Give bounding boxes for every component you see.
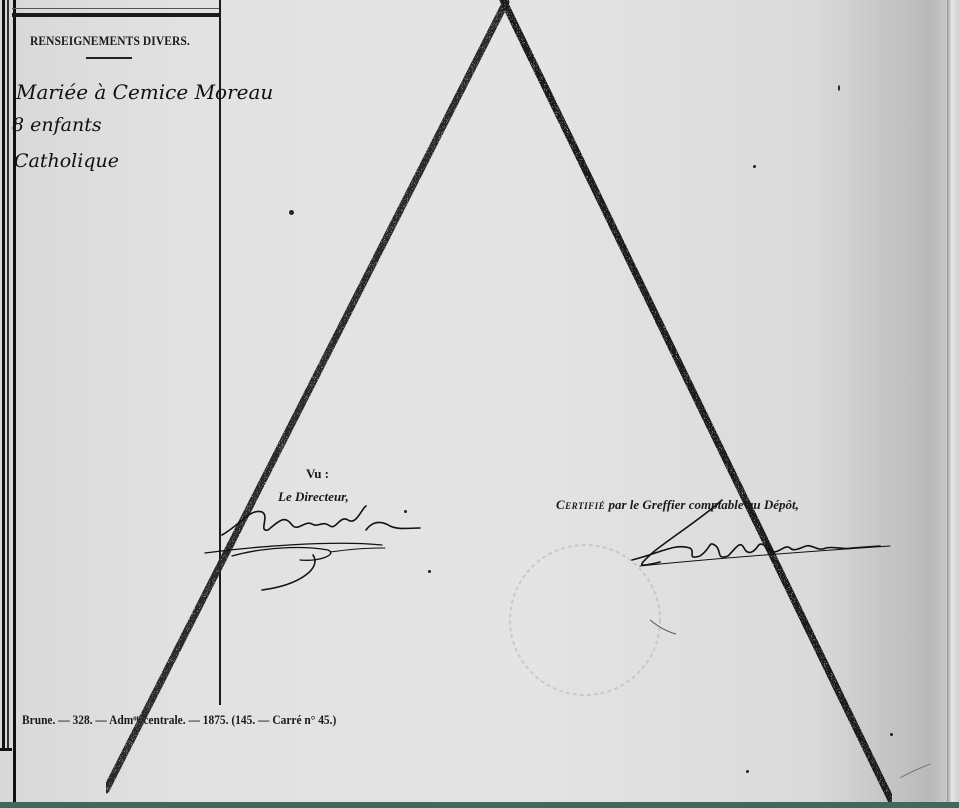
document-page: RENSEIGNEMENTS DIVERS. Mariée à Cemice M… (0, 0, 959, 802)
director-signature (205, 506, 420, 590)
viewer-bottom-bar (0, 802, 959, 808)
cancellation-strike (106, 0, 892, 802)
stamp-impression (510, 545, 660, 695)
ink-and-pencil-marks (0, 0, 959, 808)
page-edge-right (947, 0, 959, 802)
